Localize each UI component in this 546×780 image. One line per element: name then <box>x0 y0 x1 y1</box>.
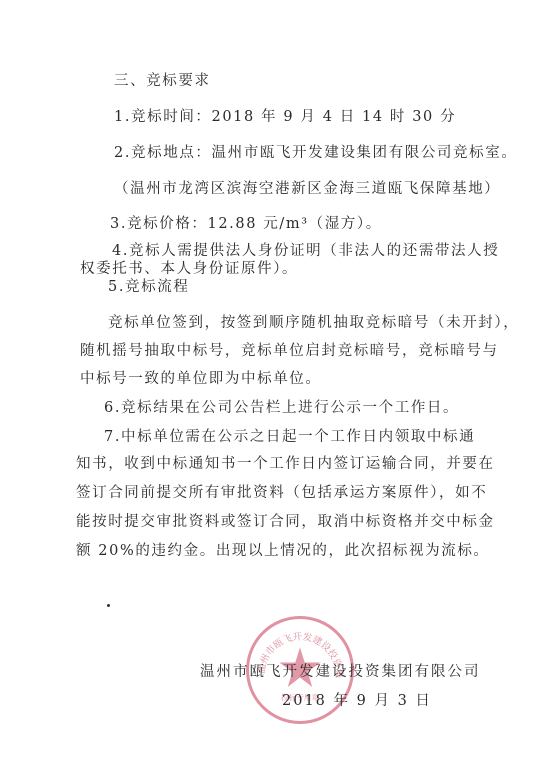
process-step-3: 中标号一致的单位即为中标单位。 <box>80 370 322 388</box>
obligations-line-2: 知书，收到中标通知书一个工作日内签订运输合同，并要在 <box>76 455 495 473</box>
obligations-line-4: 能按时提交审批资料或签订合同，取消中标资格并交中标金 <box>76 513 495 531</box>
item-bid-address: （温州市龙湾区滨海空港新区金海三道瓯飞保障基地） <box>114 180 500 198</box>
signature-date: 2018 年 9 月 3 日 <box>282 692 432 710</box>
item-bid-process: 5.竞标流程 <box>108 278 189 296</box>
signature-organization: 温州市瓯飞开发建设投资集团有限公司 <box>200 663 481 681</box>
item-bid-location: 2.竞标地点：温州市瓯飞开发建设集团有限公司竞标室。 <box>114 144 517 162</box>
process-step-2: 随机摇号抽取中标号，竞标单位启封竞标暗号，竞标暗号与 <box>80 342 499 360</box>
section-heading: 三、竞标要求 <box>114 72 211 90</box>
item-bid-price: 3.竞标价格：12.88 元/m³（湿方）。 <box>110 215 382 233</box>
scan-speck <box>107 604 110 607</box>
item-id-requirement-cont: 权委托书、本人身份证原件）。 <box>80 260 298 278</box>
item-id-requirement: 4.竞标人需提供法人身份证明（非法人的还需带法人授 <box>112 242 499 260</box>
item-winner-obligations: 7.中标单位需在公示之日起一个工作日内领取中标通 <box>104 428 475 446</box>
obligations-line-3: 签订合同前提交所有审批资料（包括承运方案原件），如不 <box>76 484 487 502</box>
process-step-1: 竞标单位签到，按签到顺序随机抽取竞标暗号（未开封）， <box>108 314 519 332</box>
item-bid-result: 6.竞标结果在公司公告栏上进行公示一个工作日。 <box>104 399 459 417</box>
item-bid-time: 1.竞标时间：2018 年 9 月 4 日 14 时 30 分 <box>114 108 456 126</box>
obligations-line-5: 额 20%的违约金。出现以上情况的，此次招标视为流标。 <box>76 542 490 560</box>
